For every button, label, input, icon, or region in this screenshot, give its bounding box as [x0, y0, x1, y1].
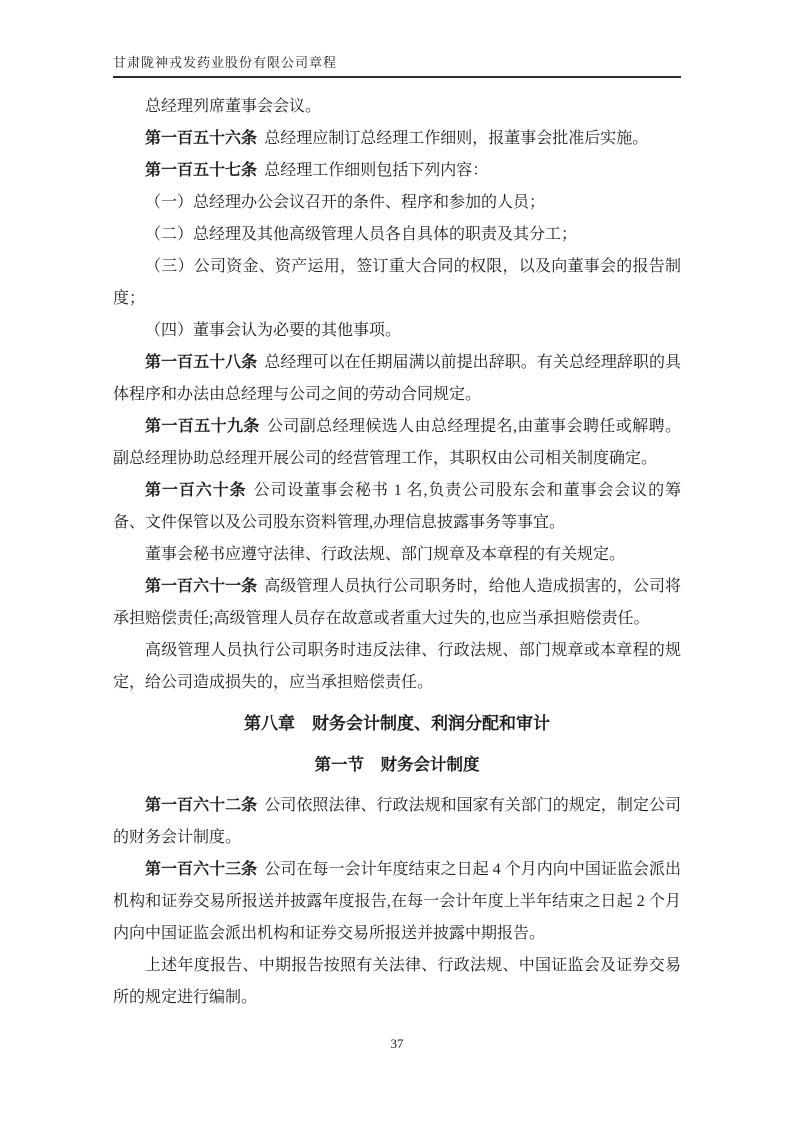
article-number: 第一百五十九条 [145, 418, 260, 435]
paragraph-text: （四）董事会认为必要的其他事项。 [145, 322, 401, 339]
document-body: 总经理列席董事会会议。 第一百五十六条总经理应制订总经理工作细则，报董事会批准后… [113, 91, 681, 1014]
article-number: 第一百五十八条 [145, 354, 257, 371]
paragraph: 第一百五十七条总经理工作细则包括下列内容： [113, 155, 681, 187]
paragraph: 第一百六十二条公司依照法律、行政法规和国家有关部门的规定，制定公司的财务会计制度… [113, 790, 681, 854]
paragraph-text: （二）总经理及其他高级管理人员各自具体的职责及其分工； [145, 226, 577, 243]
article-number: 第一百六十条 [145, 482, 246, 499]
paragraph-text: （一）总经理办公会议召开的条件、程序和参加的人员； [145, 194, 545, 211]
chapter-heading: 第八章 财务会计制度、利润分配和审计 [113, 708, 681, 740]
document-page: 甘肃陇神戎发药业股份有限公司章程 总经理列席董事会会议。 第一百五十六条总经理应… [0, 0, 794, 1122]
header-title: 甘肃陇神戎发药业股份有限公司章程 [113, 55, 337, 70]
paragraph: 上述年度报告、中期报告按照有关法律、行政法规、中国证监会及证券交易所的规定进行编… [113, 950, 681, 1014]
article-number: 第一百五十六条 [145, 130, 257, 147]
paragraph: 第一百六十条公司设董事会秘书 1 名,负责公司股东会和董事会会议的筹备、文件保管… [113, 475, 681, 539]
paragraph: （二）总经理及其他高级管理人员各自具体的职责及其分工； [113, 219, 681, 251]
section-heading: 第一节 财务会计制度 [113, 749, 681, 781]
paragraph: 董事会秘书应遵守法律、行政法规、部门规章及本章程的有关规定。 [113, 539, 681, 571]
paragraph-text: 董事会秘书应遵守法律、行政法规、部门规章及本章程的有关规定。 [145, 546, 625, 563]
paragraph-text: 总经理应制订总经理工作细则，报董事会批准后实施。 [264, 130, 648, 147]
page-number: 37 [391, 1036, 404, 1051]
paragraph: 高级管理人员执行公司职务时违反法律、行政法规、部门规章或本章程的规定，给公司造成… [113, 635, 681, 699]
paragraph: （一）总经理办公会议召开的条件、程序和参加的人员； [113, 187, 681, 219]
paragraph-text: 高级管理人员执行公司职务时违反法律、行政法规、部门规章或本章程的规定，给公司造成… [113, 642, 681, 691]
paragraph-text: 总经理列席董事会会议。 [145, 98, 321, 115]
article-number: 第一百六十二条 [145, 797, 257, 814]
paragraph: （三）公司资金、资产运用，签订重大合同的权限，以及向董事会的报告制度； [113, 251, 681, 315]
paragraph: （四）董事会认为必要的其他事项。 [113, 315, 681, 347]
paragraph: 总经理列席董事会会议。 [113, 91, 681, 123]
paragraph: 第一百六十三条公司在每一会计年度结束之日起 4 个月内向中国证监会派出机构和证券… [113, 854, 681, 950]
article-number: 第一百六十三条 [145, 861, 257, 878]
paragraph-text: 总经理工作细则包括下列内容： [264, 162, 488, 179]
article-number: 第一百六十一条 [145, 578, 257, 595]
paragraph-text: （三）公司资金、资产运用，签订重大合同的权限，以及向董事会的报告制度； [113, 258, 681, 307]
paragraph: 第一百五十九条公司副总经理候选人由总经理提名,由董事会聘任或解聘。副总经理协助总… [113, 411, 681, 475]
paragraph-text: 上述年度报告、中期报告按照有关法律、行政法规、中国证监会及证券交易所的规定进行编… [113, 957, 681, 1006]
paragraph: 第一百五十六条总经理应制订总经理工作细则，报董事会批准后实施。 [113, 123, 681, 155]
document-footer: 37 [0, 1036, 794, 1052]
article-number: 第一百五十七条 [145, 162, 257, 179]
document-header: 甘肃陇神戎发药业股份有限公司章程 [113, 52, 681, 78]
paragraph: 第一百五十八条总经理可以在任期届满以前提出辞职。有关总经理辞职的具体程序和办法由… [113, 347, 681, 411]
paragraph: 第一百六十一条高级管理人员执行公司职务时，给他人造成损害的，公司将承担赔偿责任;… [113, 571, 681, 635]
